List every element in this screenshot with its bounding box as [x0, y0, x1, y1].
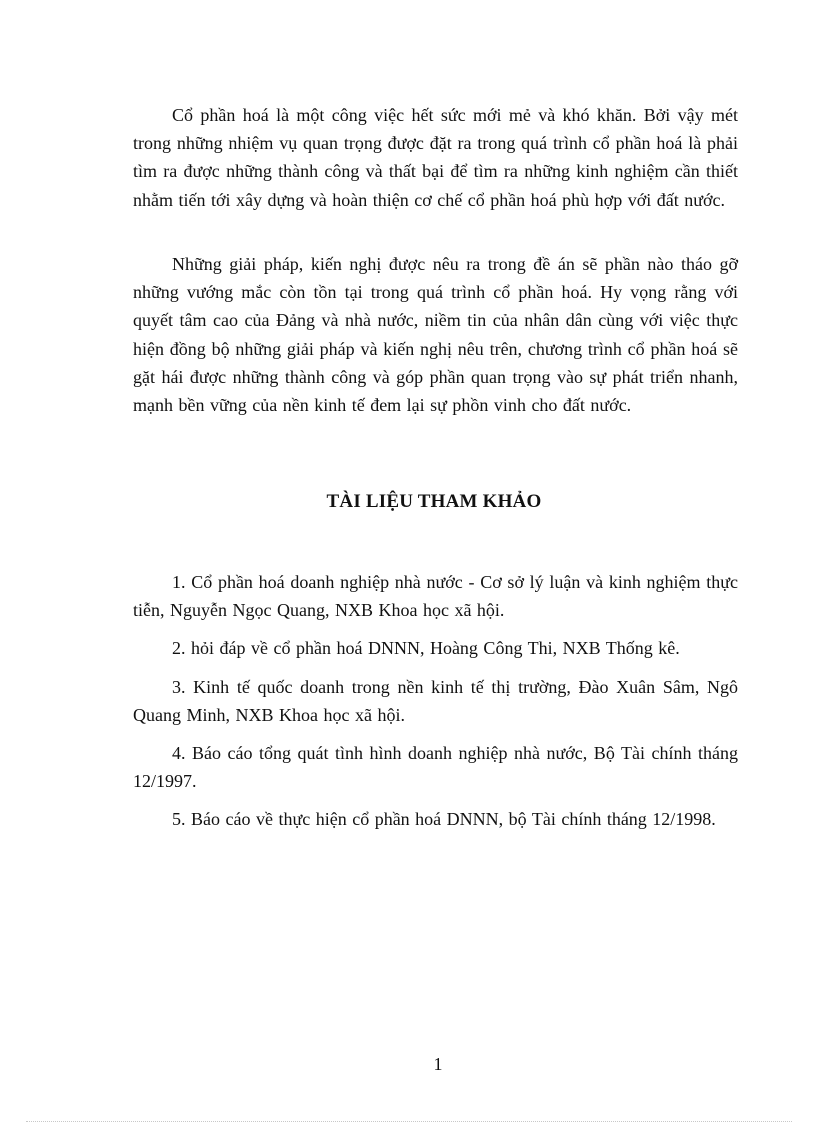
body-paragraph-container-1: Cổ phần hoá là một công việc hết sức mới… [133, 101, 738, 214]
body-paragraph: Những giải pháp, kiến nghị được nêu ra t… [133, 250, 738, 419]
document-page: Cổ phần hoá là một công việc hết sức mới… [0, 0, 816, 1123]
reference-item: 2. hỏi đáp về cổ phần hoá DNNN, Hoàng Cô… [133, 634, 738, 662]
body-paragraph-container-2: Những giải pháp, kiến nghị được nêu ra t… [133, 250, 738, 419]
references-list: 1. Cổ phần hoá doanh nghiệp nhà nước - C… [133, 568, 738, 844]
page-number: 1 [0, 1054, 816, 1075]
reference-item: 3. Kinh tế quốc doanh trong nền kinh tế … [133, 673, 738, 729]
reference-item: 5. Báo cáo về thực hiện cổ phần hoá DNNN… [133, 805, 738, 833]
reference-item: 4. Báo cáo tổng quát tình hình doanh ngh… [133, 739, 738, 795]
page-boundary-divider [26, 1121, 792, 1122]
body-paragraph: Cổ phần hoá là một công việc hết sức mới… [133, 101, 738, 214]
reference-item: 1. Cổ phần hoá doanh nghiệp nhà nước - C… [133, 568, 738, 624]
references-heading: TÀI LIỆU THAM KHẢO [0, 491, 816, 513]
